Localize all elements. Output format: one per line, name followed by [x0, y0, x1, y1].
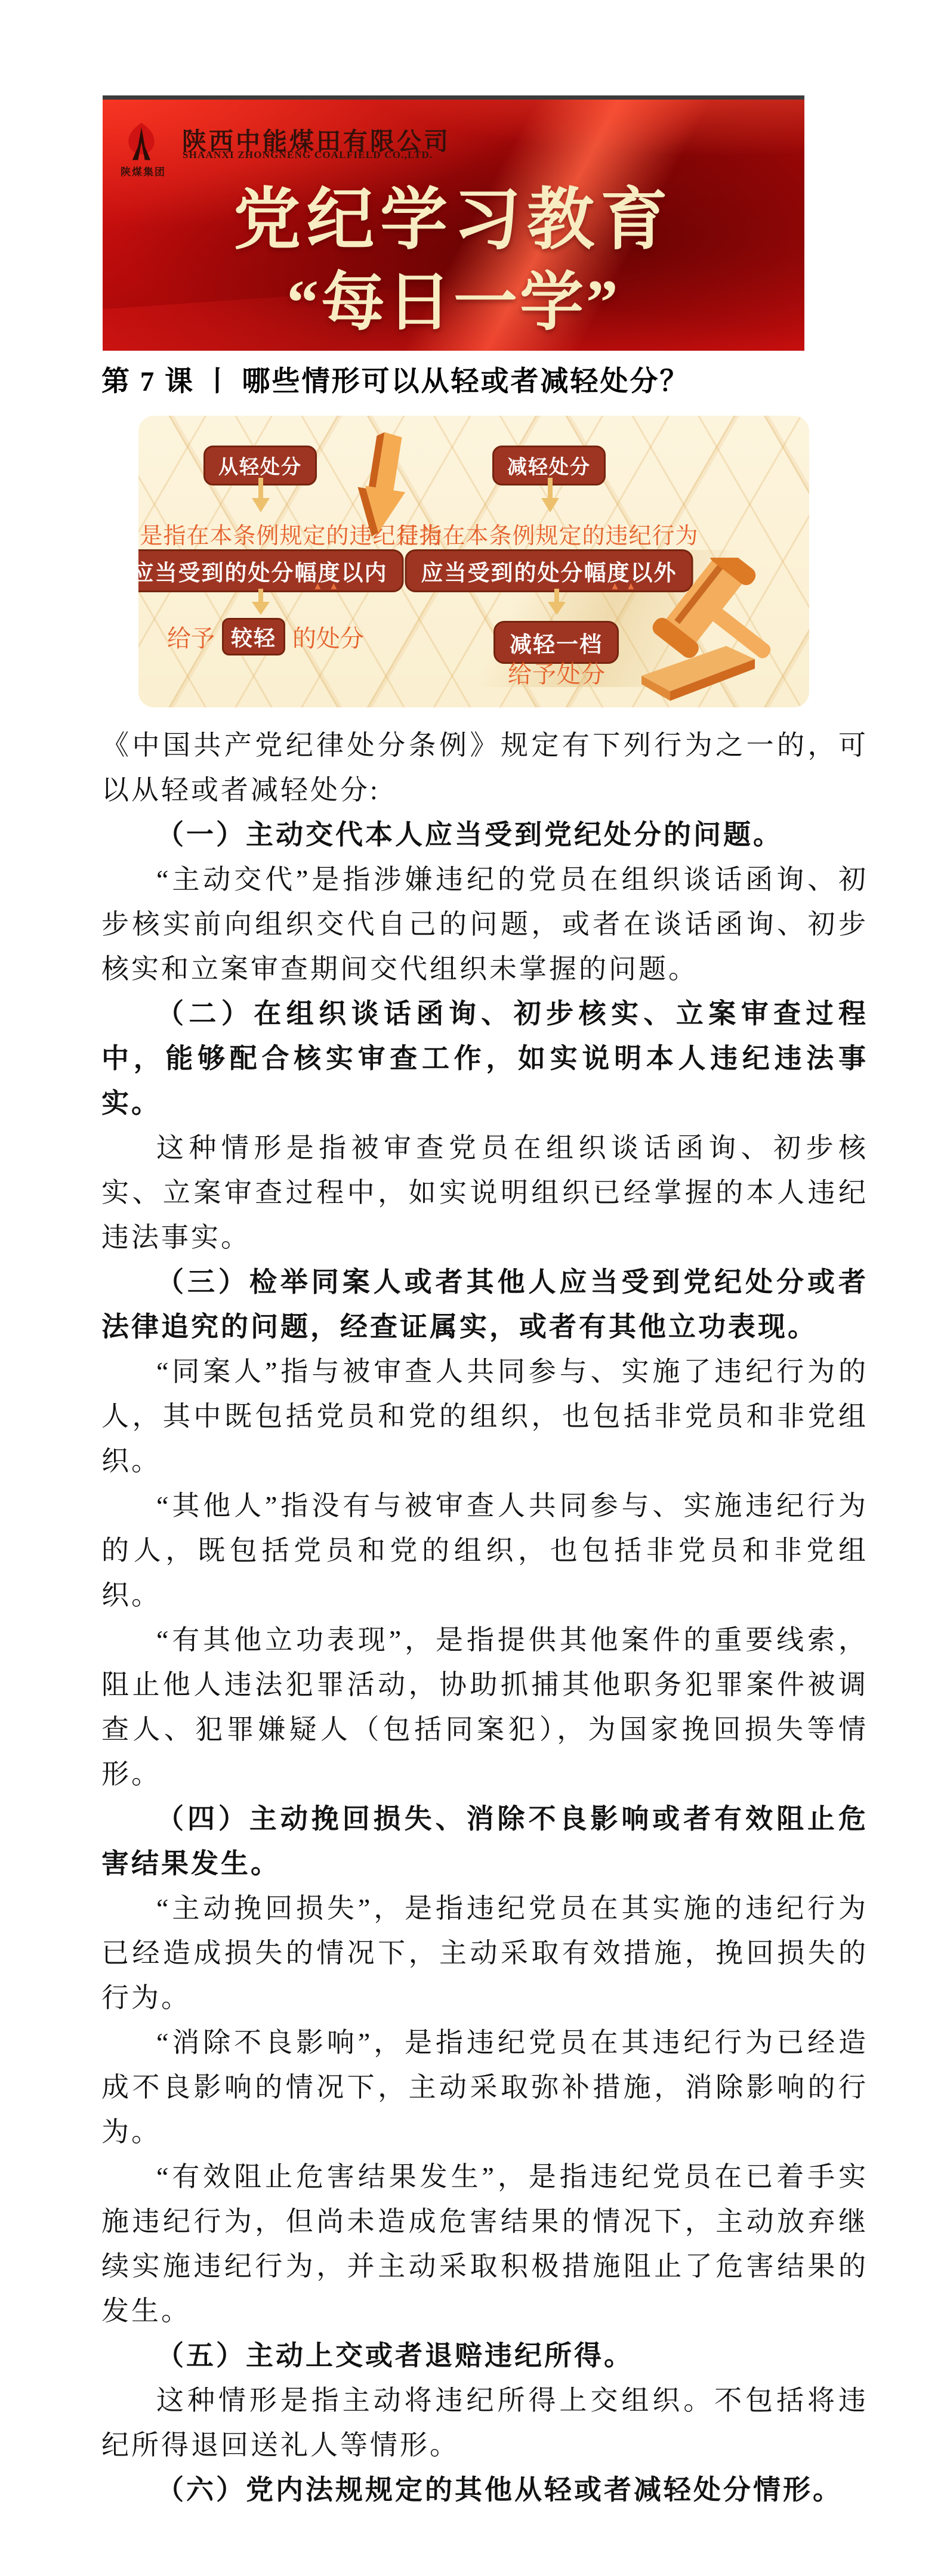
down-arrow-icon	[251, 589, 271, 615]
paragraph: “有效阻止危害结果发生”，是指违纪党员在已着手实施违纪行为，但尚未造成危害结果的…	[101, 2154, 868, 2333]
infographic-panel: 从轻处分 是指在本条例规定的违纪行为 应当受到的处分幅度以内 ▲▲ 给予 较轻 …	[138, 416, 809, 707]
paragraph: 这种情形是指主动将违纪所得上交组织。不包括将违纪所得退回送礼人等情形。	[101, 2378, 868, 2467]
banner-title-line2: “每日一学”	[103, 268, 804, 339]
down-arrow-icon	[251, 478, 271, 512]
company-name-en: SHAANXI ZHONGNENG COALFIELD CO.,LTD.	[183, 149, 433, 161]
article-body: 《中国共产党纪律处分条例》规定有下列行为之一的，可以从轻或者减轻处分: （一）主…	[101, 723, 868, 2512]
article-page: 陕煤集团 陕西中能煤田有限公司 SHAANXI ZHONGNENG COALFI…	[0, 0, 947, 2576]
paragraph: “其他人”指没有与被审查人共同参与、实施违纪行为的人，既包括党员和党的组织，也包…	[101, 1483, 868, 1618]
paragraph: 《中国共产党纪律处分条例》规定有下列行为之一的，可以从轻或者减轻处分:	[101, 723, 868, 812]
paragraph: “主动交代”是指涉嫌违纪的党员在组织谈话函询、初步核实前向组织交代自己的问题，或…	[101, 857, 868, 991]
paragraph: （六）党内法规规定的其他从轻或者减轻处分情形。	[101, 2467, 868, 2512]
right-definition-text: 是指在本条例规定的违纪行为	[396, 517, 698, 550]
banner-title-line1: 党纪学习教育	[103, 184, 804, 258]
right-result-text: 给予处分	[508, 655, 606, 689]
gavel-icon	[607, 558, 786, 704]
paragraph: “同案人”指与被审查人共同参与、实施了违纪行为的人，其中既包括党员和党的组织，也…	[101, 1349, 868, 1483]
paragraph: （五）主动上交或者退赔违纪所得。	[101, 2333, 868, 2378]
down-arrow-icon	[547, 589, 567, 615]
badge-range-within: 应当受到的处分幅度以内	[138, 549, 404, 592]
company-logo-block: 陕煤集团 陕西中能煤田有限公司 SHAANXI ZHONGNENG COALFI…	[103, 95, 804, 185]
badge-lighter-level: 较轻	[222, 618, 285, 655]
left-result-row: 给予 较轻 的处分	[167, 618, 364, 655]
logo-subtext: 陕煤集团	[115, 163, 172, 178]
triangle-decor-icon: ▲▲	[313, 580, 345, 592]
down-arrow-icon	[540, 478, 560, 512]
paragraph: （二）在组织谈话函询、初步核实、立案审查过程中，能够配合核实审查工作，如实说明本…	[101, 991, 868, 1125]
paragraph: “消除不良影响”，是指违纪党员在其违纪行为已经造成不良影响的情况下，主动采取弥补…	[101, 2020, 868, 2154]
paragraph: “主动挽回损失”，是指违纪党员在其实施的违纪行为已经造成损失的情况下，主动采取有…	[101, 1886, 868, 2020]
paragraph: （三）检举同案人或者其他人应当受到党纪处分或者法律追究的问题，经查证属实，或者有…	[101, 1260, 868, 1349]
result-suffix-text: 的处分	[292, 620, 364, 654]
company-logo-icon	[124, 122, 159, 163]
paragraph: “有其他立功表现”，是指提供其他案件的重要线索，阻止他人违法犯罪活动，协助抓捕其…	[101, 1618, 868, 1796]
result-prefix-text: 给予	[167, 620, 215, 654]
lesson-title: 第 7 课 丨 哪些情形可以从轻或者减轻处分？	[101, 363, 859, 402]
header-banner: 陕煤集团 陕西中能煤田有限公司 SHAANXI ZHONGNENG COALFI…	[103, 95, 804, 351]
paragraph: （四）主动挽回损失、消除不良影响或者有效阻止危害结果发生。	[101, 1796, 868, 1886]
paragraph: （一）主动交代本人应当受到党纪处分的问题。	[101, 812, 868, 857]
paragraph: 这种情形是指被审查党员在组织谈话函询、初步核实、立案审查过程中，如实说明组织已经…	[101, 1125, 868, 1260]
